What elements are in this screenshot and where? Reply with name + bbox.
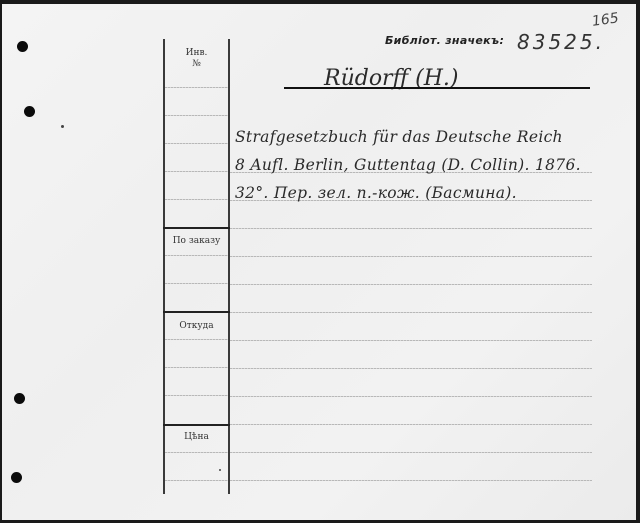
body-rule xyxy=(230,480,592,481)
section-divider xyxy=(163,311,230,313)
column-rule xyxy=(165,283,228,284)
column-rule xyxy=(165,452,228,453)
column-rule xyxy=(165,171,228,172)
body-rule xyxy=(230,452,592,453)
inventory-label-line2: № xyxy=(165,59,228,70)
body-rule xyxy=(230,312,592,313)
catalog-card: Инв. № По заказу Откуда Цѣна Библiот. зн… xyxy=(2,4,636,520)
body-rule xyxy=(230,424,592,425)
column-rule xyxy=(165,480,228,481)
body-rule xyxy=(230,228,592,229)
column-rule xyxy=(165,87,228,88)
body-rule xyxy=(230,368,592,369)
column-rule xyxy=(165,115,228,116)
body-rule xyxy=(230,256,592,257)
column-rule xyxy=(165,143,228,144)
column-rule xyxy=(165,395,228,396)
price-label: Цѣна xyxy=(165,432,228,443)
description-line-3: 32°. Пер. зел. п.-кож. (Басмина). xyxy=(235,184,517,202)
punch-hole-3 xyxy=(14,393,25,404)
body-rule xyxy=(230,340,592,341)
column-rule xyxy=(165,199,228,200)
by-order-label: По заказу xyxy=(165,236,228,247)
body-rule xyxy=(230,396,592,397)
author-underline xyxy=(284,87,590,89)
shelf-mark-label: Библiот. значекъ: xyxy=(385,34,504,47)
shelf-mark-value: 83525. xyxy=(517,30,605,54)
paper-speck xyxy=(219,469,221,471)
column-rule xyxy=(165,339,228,340)
punch-hole-4 xyxy=(11,472,22,483)
source-label: Откуда xyxy=(165,321,228,332)
description-line-1: Strafgesetzbuch für das Deutsche Reich xyxy=(235,128,563,146)
page-number: 165 xyxy=(591,10,620,30)
body-rule xyxy=(230,284,592,285)
punch-hole-2 xyxy=(24,106,35,117)
column-rule xyxy=(165,255,228,256)
paper-speck xyxy=(61,125,64,128)
column-rule xyxy=(165,367,228,368)
description-line-2: 8 Aufl. Berlin, Guttentag (D. Collin). 1… xyxy=(235,156,581,174)
inventory-number-label: Инв. № xyxy=(165,48,228,70)
inventory-label-line1: Инв. xyxy=(165,48,228,59)
section-divider xyxy=(163,424,230,426)
punch-hole-1 xyxy=(17,41,28,52)
section-divider xyxy=(163,227,230,229)
